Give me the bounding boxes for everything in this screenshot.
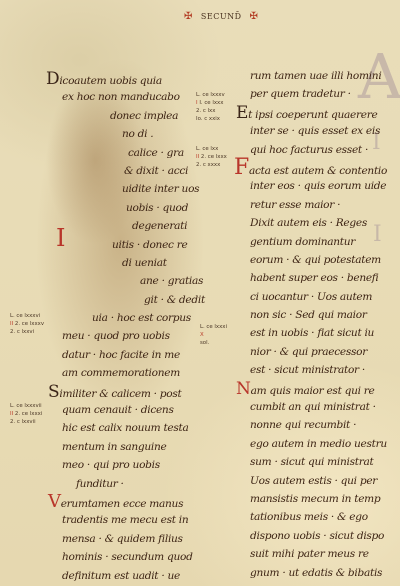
initial-letter: F bbox=[234, 155, 249, 180]
text-line: & dixit · acci bbox=[62, 162, 205, 180]
text-line: Nam quis maior est qui re bbox=[236, 380, 387, 398]
text-line: nonne qui recumbit · bbox=[250, 416, 387, 434]
text-line: retur esse maior · bbox=[250, 196, 387, 214]
text-line: Similiter & calicem · post bbox=[48, 383, 205, 401]
running-head-title: SECUND̄ bbox=[201, 12, 242, 21]
text-line: non sic · Sed qui maior bbox=[250, 306, 387, 324]
left-text-column: Dicoautem uobis quia ex hoc non manducab… bbox=[62, 70, 205, 585]
text-line: dispono uobis · sicut dispo bbox=[250, 527, 387, 545]
text-line: ane · gratias bbox=[62, 272, 205, 290]
text-line: tradentis me mecu est in bbox=[62, 511, 205, 529]
marginal-gloss: L. ce lxxxv I I. ce lxxx 2. c lxx Io. c … bbox=[196, 91, 225, 123]
text-line: di ueniat bbox=[62, 254, 205, 272]
marginal-gloss: L. ce lxxxi X sol. bbox=[200, 323, 227, 347]
text-line: degenerati bbox=[62, 217, 205, 235]
text-line: inter eos · quis eorum uide bbox=[250, 177, 387, 195]
running-head: ✠SECUND̄✠ bbox=[176, 11, 266, 22]
text-line: per quem tradetur · bbox=[250, 85, 387, 103]
text-line: uitis · donec re bbox=[62, 236, 205, 254]
text-line: no di . bbox=[62, 125, 205, 143]
text-line: am commemorationem bbox=[62, 364, 205, 382]
text-line: sum · sicut qui ministrat bbox=[250, 453, 387, 471]
initial-letter: V bbox=[48, 491, 61, 512]
text-line: donec implea bbox=[62, 107, 205, 125]
text-line: uia · hoc est corpus bbox=[62, 309, 205, 327]
text-line: hic est calix nouum testa bbox=[62, 419, 205, 437]
text-line: meo · qui pro uobis bbox=[62, 456, 205, 474]
cross-icon: ✠ bbox=[250, 11, 259, 22]
text-line: hominis · secundum quod bbox=[62, 548, 205, 566]
text-line: datur · hoc facite in me bbox=[62, 346, 205, 364]
text-line: mansistis mecum in temp bbox=[250, 490, 387, 508]
text-line: ego autem in medio uestru bbox=[250, 435, 387, 453]
marginal-gloss: L. ce lxxxvi II 2. ce lxxxv 2. c lxxvi bbox=[10, 312, 44, 336]
marginal-gloss: L. ce lxxxvii II 2. ce lxxxi 2. c lxxvii bbox=[10, 402, 42, 426]
text-line: ci uocantur · Uos autem bbox=[250, 288, 387, 306]
marginal-gloss: L. ce lxx II 2. ce lxxx 2. c xxxx bbox=[196, 145, 227, 169]
text-line: habent super eos · benefi bbox=[250, 269, 387, 287]
text-line: git · & dedit bbox=[62, 291, 205, 309]
text-line: uobis · quod bbox=[62, 199, 205, 217]
text-line: tationibus meis · & ego bbox=[250, 508, 387, 526]
text-line: qui hoc facturus esset · bbox=[250, 141, 387, 159]
initial-letter: N bbox=[236, 379, 251, 399]
text-line: Et ipsi coeperunt quaerere bbox=[236, 104, 387, 122]
text-line: uidite inter uos bbox=[62, 180, 205, 198]
text-line: Uos autem estis · qui per bbox=[250, 472, 387, 490]
text-line: est in uobis · fiat sicut iu bbox=[250, 324, 387, 342]
text-line: inter se · quis esset ex eis bbox=[250, 122, 387, 140]
text-line: Facta est autem & contentio bbox=[234, 159, 387, 177]
cross-icon: ✠ bbox=[184, 11, 193, 22]
text-line: calice · gra bbox=[62, 144, 205, 162]
text-line: meu · quod pro uobis bbox=[62, 327, 205, 345]
initial-letter: S bbox=[48, 382, 59, 402]
text-line: definitum est uadit · ue bbox=[62, 567, 205, 585]
text-line: nior · & qui praecessor bbox=[250, 343, 387, 361]
text-line: gnum · ut edatis & bibatis bbox=[250, 564, 387, 582]
text-line: mensa · & quidem filius bbox=[62, 530, 205, 548]
text-line: cumbit an qui ministrat · bbox=[250, 398, 387, 416]
text-line: mentum in sanguine bbox=[62, 438, 205, 456]
manuscript-page: ✠SECUND̄✠ A I I Dicoautem uobis quia ex … bbox=[0, 0, 400, 586]
text-line: suit mihi pater meus re bbox=[250, 545, 387, 563]
text-line: Dixit autem eis · Reges bbox=[250, 214, 387, 232]
initial-letter-red: I bbox=[56, 224, 65, 252]
text-line: quam cenauit · dicens bbox=[62, 401, 205, 419]
text-line: Verumtamen ecce manus bbox=[48, 493, 205, 511]
right-text-column: rum tamen uae illi homini per quem trade… bbox=[250, 67, 387, 582]
text-line: gentium dominantur bbox=[250, 233, 387, 251]
text-line: Dicoautem uobis quia bbox=[46, 70, 205, 88]
text-line: rum tamen uae illi homini bbox=[250, 67, 387, 85]
text-line: funditur · bbox=[62, 475, 205, 493]
text-line: eorum · & qui potestatem bbox=[250, 251, 387, 269]
initial-letter: E bbox=[236, 103, 248, 123]
text-line: ex hoc non manducabo bbox=[62, 88, 205, 106]
initial-letter: D bbox=[46, 69, 59, 89]
text-line: est · sicut ministrator · bbox=[250, 361, 387, 379]
